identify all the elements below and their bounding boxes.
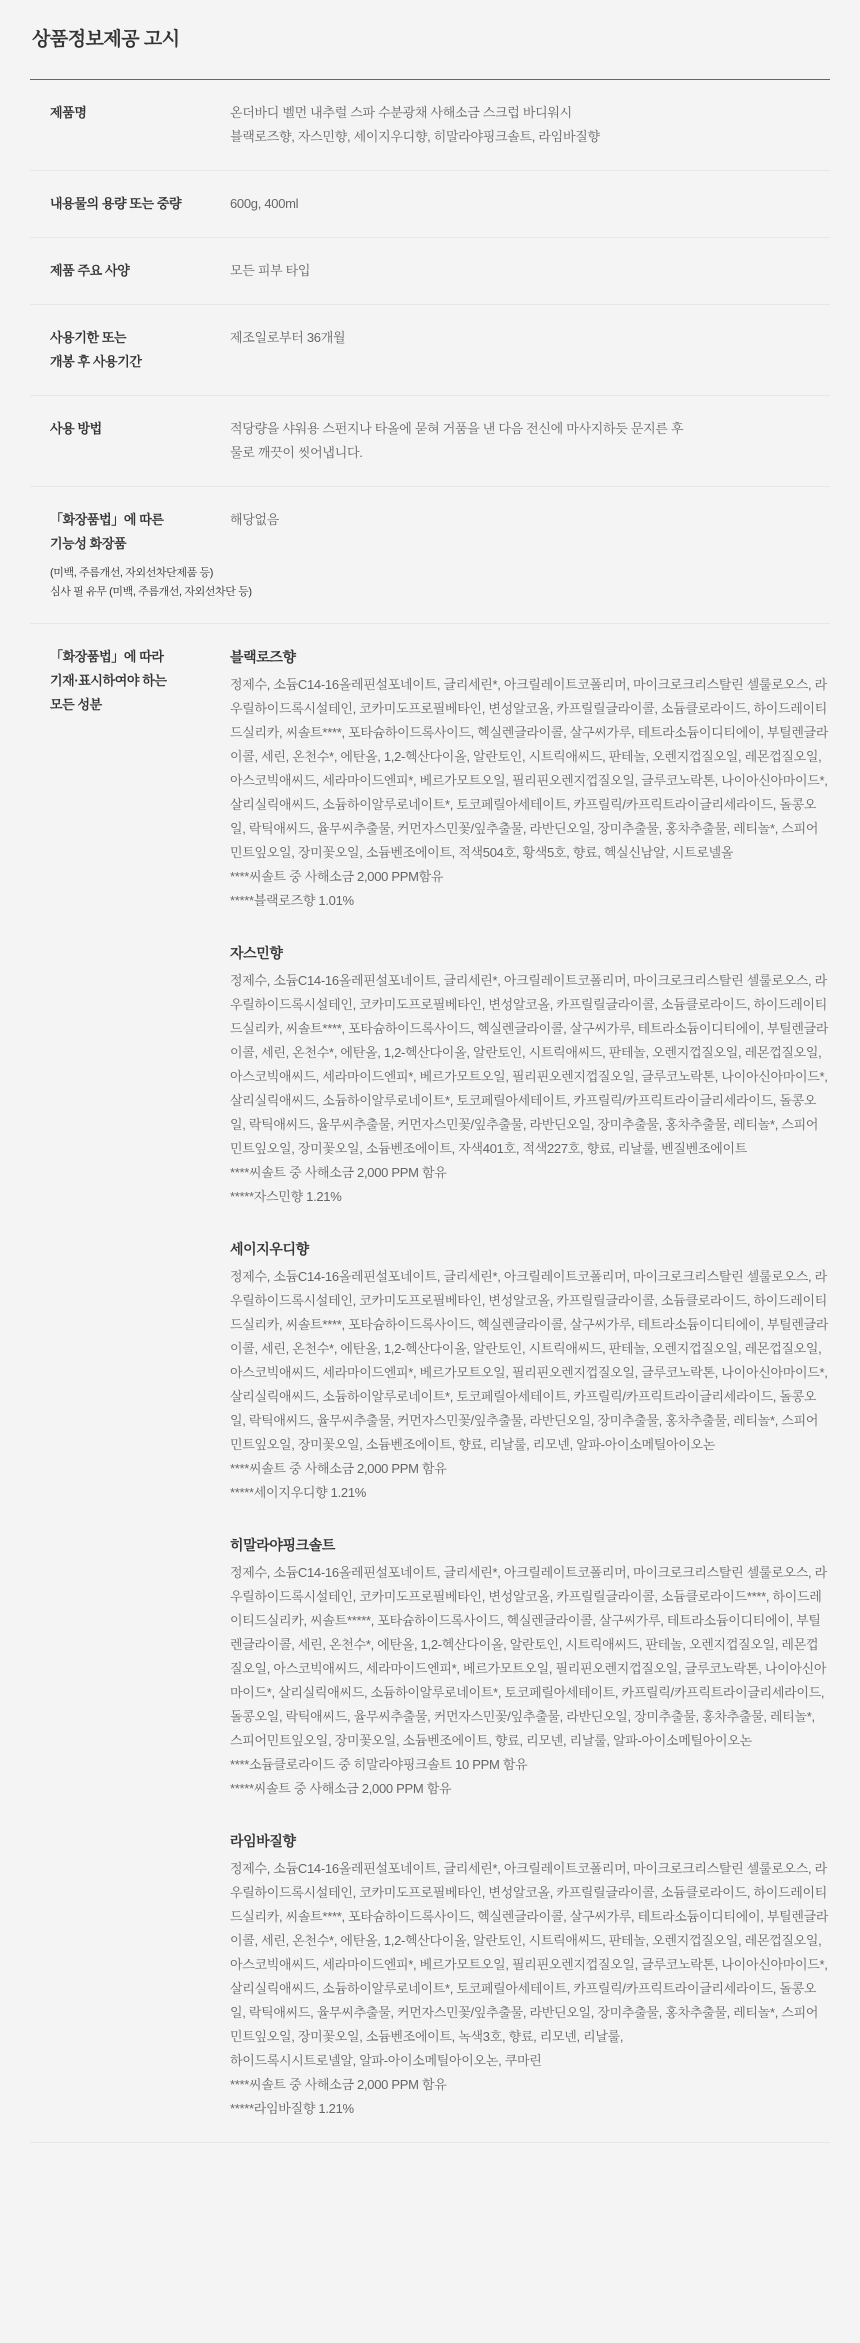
fragrance-ingredients: 정제수, 소듐C14-16올레핀설포네이트, 글리세린*, 아크릴레이트코폴리머… bbox=[230, 673, 830, 865]
fragrance-note: *****블랙로즈향 1.01% bbox=[230, 889, 830, 913]
fragrance-note: ****씨솔트 중 사해소금 2,000 PPM 함유 bbox=[230, 1161, 830, 1185]
table-row-usage: 사용 방법 적당량을 샤워용 스펀지나 타올에 묻혀 거품을 낸 다음 전신에 … bbox=[30, 396, 830, 487]
fragrance-note: ****씨솔트 중 사해소금 2,000 PPM 함유 bbox=[230, 1457, 830, 1481]
fragrance-name: 자스민향 bbox=[230, 941, 830, 965]
table-row-main-spec: 제품 주요 사양 모든 피부 타입 bbox=[30, 238, 830, 305]
table-row-volume-weight: 내용물의 용량 또는 중량 600g, 400ml bbox=[30, 171, 830, 238]
fragrance-section-black-rose: 블랙로즈향 정제수, 소듐C14-16올레핀설포네이트, 글리세린*, 아크릴레… bbox=[230, 645, 830, 913]
functional-label-small: (미백, 주름개선, 자외선차단제품 등) 심사 필 유무 (미백, 주름개선,… bbox=[50, 564, 330, 602]
row-value: 온더바디 벨먼 내추럴 스파 수분광채 사해소금 스크럽 바디워시 블랙로즈향,… bbox=[230, 101, 830, 149]
fragrance-note: *****씨솔트 중 사해소금 2,000 PPM 함유 bbox=[230, 1777, 830, 1801]
row-value: 모든 피부 타입 bbox=[230, 259, 830, 283]
row-label: 사용기한 또는 개봉 후 사용기간 bbox=[50, 326, 230, 374]
product-info-notice-page: 상품정보제공 고시 제품명 온더바디 벨먼 내추럴 스파 수분광채 사해소금 스… bbox=[0, 0, 860, 2183]
product-info-table: 제품명 온더바디 벨먼 내추럴 스파 수분광채 사해소금 스크럽 바디워시 블랙… bbox=[30, 80, 830, 2143]
row-value: 600g, 400ml bbox=[230, 192, 830, 216]
functional-label-main: 「화장품법」에 따른 기능성 화장품 bbox=[50, 508, 230, 556]
row-label: 사용 방법 bbox=[50, 417, 230, 441]
row-label: 「화장품법」에 따른 기능성 화장품 (미백, 주름개선, 자외선차단제품 등)… bbox=[50, 508, 230, 602]
fragrance-section-himalaya-pink-salt: 히말라야핑크솔트 정제수, 소듐C14-16올레핀설포네이트, 글리세린*, 아… bbox=[230, 1533, 830, 1801]
row-value: 적당량을 샤워용 스펀지나 타올에 묻혀 거품을 낸 다음 전신에 마사지하듯 … bbox=[230, 417, 830, 465]
fragrance-ingredients: 정제수, 소듐C14-16올레핀설포네이트, 글리세린*, 아크릴레이트코폴리머… bbox=[230, 1265, 830, 1457]
fragrance-note: ****씨솔트 중 사해소금 2,000 PPM 함유 bbox=[230, 2073, 830, 2097]
table-row-product-name: 제품명 온더바디 벨먼 내추럴 스파 수분광채 사해소금 스크럽 바디워시 블랙… bbox=[30, 80, 830, 171]
row-value: 해당없음 bbox=[230, 508, 830, 532]
fragrance-name: 블랙로즈향 bbox=[230, 645, 830, 669]
fragrance-ingredients: 정제수, 소듐C14-16올레핀설포네이트, 글리세린*, 아크릴레이트코폴리머… bbox=[230, 1857, 830, 2073]
table-row-all-ingredients: 「화장품법」에 따라 기재·표시하여야 하는 모든 성분 블랙로즈향 정제수, … bbox=[30, 624, 830, 2143]
row-label: 제품 주요 사양 bbox=[50, 259, 230, 283]
fragrance-note: ****소듐클로라이드 중 히말라야핑크솔트 10 PPM 함유 bbox=[230, 1753, 830, 1777]
fragrance-name: 세이지우디향 bbox=[230, 1237, 830, 1261]
row-label: 내용물의 용량 또는 중량 bbox=[50, 192, 230, 216]
fragrance-name: 라임바질향 bbox=[230, 1829, 830, 1853]
page-title: 상품정보제공 고시 bbox=[30, 24, 830, 51]
table-row-expiry: 사용기한 또는 개봉 후 사용기간 제조일로부터 36개월 bbox=[30, 305, 830, 396]
fragrance-note: ****씨솔트 중 사해소금 2,000 PPM함유 bbox=[230, 865, 830, 889]
fragrance-ingredients: 정제수, 소듐C14-16올레핀설포네이트, 글리세린*, 아크릴레이트코폴리머… bbox=[230, 969, 830, 1161]
row-label: 제품명 bbox=[50, 101, 230, 125]
row-value: 제조일로부터 36개월 bbox=[230, 326, 830, 350]
fragrance-note: *****자스민향 1.21% bbox=[230, 1185, 830, 1209]
fragrance-note: *****라임바질향 1.21% bbox=[230, 2097, 830, 2121]
fragrance-name: 히말라야핑크솔트 bbox=[230, 1533, 830, 1557]
fragrance-section-sage-woody: 세이지우디향 정제수, 소듐C14-16올레핀설포네이트, 글리세린*, 아크릴… bbox=[230, 1237, 830, 1505]
table-row-functional-cosmetics: 「화장품법」에 따른 기능성 화장품 (미백, 주름개선, 자외선차단제품 등)… bbox=[30, 487, 830, 624]
row-label: 「화장품법」에 따라 기재·표시하여야 하는 모든 성분 bbox=[50, 645, 230, 717]
ingredients-value: 블랙로즈향 정제수, 소듐C14-16올레핀설포네이트, 글리세린*, 아크릴레… bbox=[230, 645, 830, 2121]
fragrance-ingredients: 정제수, 소듐C14-16올레핀설포네이트, 글리세린*, 아크릴레이트코폴리머… bbox=[230, 1561, 830, 1753]
fragrance-section-jasmine: 자스민향 정제수, 소듐C14-16올레핀설포네이트, 글리세린*, 아크릴레이… bbox=[230, 941, 830, 1209]
fragrance-section-lime-basil: 라임바질향 정제수, 소듐C14-16올레핀설포네이트, 글리세린*, 아크릴레… bbox=[230, 1829, 830, 2121]
fragrance-note: *****세이지우디향 1.21% bbox=[230, 1481, 830, 1505]
